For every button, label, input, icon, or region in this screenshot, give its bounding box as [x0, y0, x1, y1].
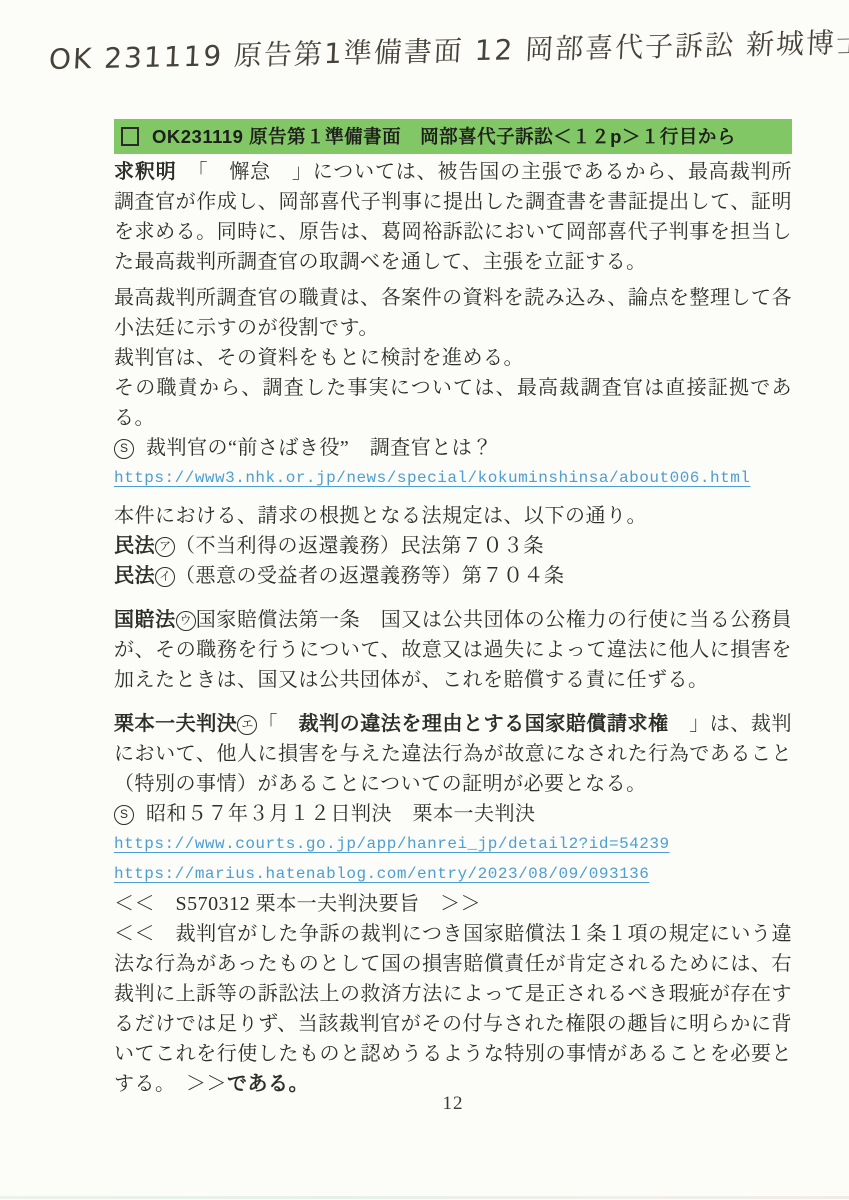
courts-hanrei-link[interactable]: https://www.courts.go.jp/app/hanrei_jp/d…: [114, 829, 792, 859]
scanned-document-page: OK 231119 原告第1準備書面 12 岡部喜代子訴訟 新城博士裁判官 OK…: [0, 0, 849, 1200]
paragraph-motion-lead: 求釈明: [114, 161, 177, 183]
scan-edge-artifact: [0, 1196, 849, 1199]
minpo-703-text: （不当利得の返還義務）民法第７０３条: [175, 535, 544, 557]
yoshi-quote-text: ＜＜ 裁判官がした争訴の裁判につき国家賠償法１条１項の規定にいう違法な行為があっ…: [114, 923, 792, 1095]
circled-s-icon: S: [114, 439, 134, 459]
checkbox-icon: [121, 127, 139, 146]
kokubai-text: 国家賠償法第一条 国又は公共団体の公権力の行使に当る公務員が、その職務を行うにつ…: [114, 609, 792, 691]
circled-i-icon: イ: [155, 567, 175, 587]
legal-basis-intro: 本件における、請求の根拠となる法規定は、以下の通り。: [114, 501, 792, 531]
paragraph-chosakan: 最高裁判所調査官の職責は、各案件の資料を読み込み、論点を整理して各小法廷に示すの…: [114, 283, 792, 463]
paragraph-motion: 求釈明 「 懈怠 」については、被告国の主張であるから、最高裁判所調査官が作成し…: [114, 157, 792, 277]
kurimoto-lead: 栗本一夫判決: [114, 713, 237, 735]
heading-text: OK231119 原告第１準備書面 岡部喜代子訴訟＜１２p＞１行目から: [152, 123, 736, 149]
minpo-703-line: 民法ア（不当利得の返還義務）民法第７０３条: [114, 531, 792, 561]
chosakan-line-1: 最高裁判所調査官の職責は、各案件の資料を読み込み、論点を整理して各小法廷に示すの…: [114, 283, 792, 343]
source-note-line: S裁判官の“前さばき役” 調査官とは？: [114, 433, 792, 463]
paragraph-kurimoto: 栗本一夫判決エ「 裁判の違法を理由とする国家賠償請求権 」は、裁判において、他人…: [114, 709, 792, 829]
yoshi-heading-line: ＜＜ S570312 栗本一夫判決要旨 ＞＞: [114, 889, 792, 919]
kurimoto-bold-claim: 裁判の違法を理由とする国家賠償請求権: [299, 713, 669, 735]
circled-e-icon: エ: [237, 715, 257, 735]
minpo-704-lead: 民法: [114, 565, 155, 587]
kurimoto-source-text: 昭和５７年３月１２日判決 栗本一夫判決: [146, 803, 536, 825]
document-body: OK231119 原告第１準備書面 岡部喜代子訴訟＜１２p＞１行目から 求釈明 …: [114, 119, 792, 1099]
nhk-article-link[interactable]: https://www3.nhk.or.jp/news/special/koku…: [114, 463, 792, 493]
minpo-704-text: （悪意の受益者の返還義務等）第７０４条: [175, 565, 565, 587]
chosakan-line-2: 裁判官は、その資料をもとに検討を進める。: [114, 343, 792, 373]
paragraph-kokubai: 国賠法ウ国家賠償法第一条 国又は公共団体の公権力の行使に当る公務員が、その職務を…: [114, 605, 792, 695]
paragraph-yoshi-quote: ＜＜ 裁判官がした争訴の裁判につき国家賠償法１条１項の規定にいう違法な行為があっ…: [114, 919, 792, 1099]
kurimoto-source-line: S昭和５７年３月１２日判決 栗本一夫判決: [114, 799, 792, 829]
circled-u-icon: ウ: [176, 611, 196, 631]
page-number: 12: [114, 1093, 792, 1115]
minpo-703-lead: 民法: [114, 535, 155, 557]
yoshi-quote-tail: である。: [227, 1073, 309, 1095]
circled-a-icon: ア: [155, 537, 175, 557]
kurimoto-open: 「: [257, 713, 298, 735]
paragraph-motion-text: 「 懈怠 」については、被告国の主張であるから、最高裁判所調査官が作成し、岡部喜…: [114, 161, 792, 273]
highlighted-heading: OK231119 原告第１準備書面 岡部喜代子訴訟＜１２p＞１行目から: [114, 119, 792, 154]
source-note-text: 裁判官の“前さばき役” 調査官とは？: [146, 437, 493, 459]
kurimoto-body: 栗本一夫判決エ「 裁判の違法を理由とする国家賠償請求権 」は、裁判において、他人…: [114, 713, 792, 795]
handwritten-note: OK 231119 原告第1準備書面 12 岡部喜代子訴訟 新城博士裁判官: [48, 22, 810, 78]
minpo-704-line: 民法イ（悪意の受益者の返還義務等）第７０４条: [114, 561, 792, 591]
paragraph-legal-basis: 本件における、請求の根拠となる法規定は、以下の通り。 民法ア（不当利得の返還義務…: [114, 501, 792, 591]
circled-s-icon: S: [114, 805, 134, 825]
kokubai-lead: 国賠法: [114, 609, 176, 631]
chosakan-line-3: その職責から、調査した事実については、最高裁調査官は直接証拠である。: [114, 373, 792, 433]
hatenablog-link[interactable]: https://marius.hatenablog.com/entry/2023…: [114, 859, 792, 889]
